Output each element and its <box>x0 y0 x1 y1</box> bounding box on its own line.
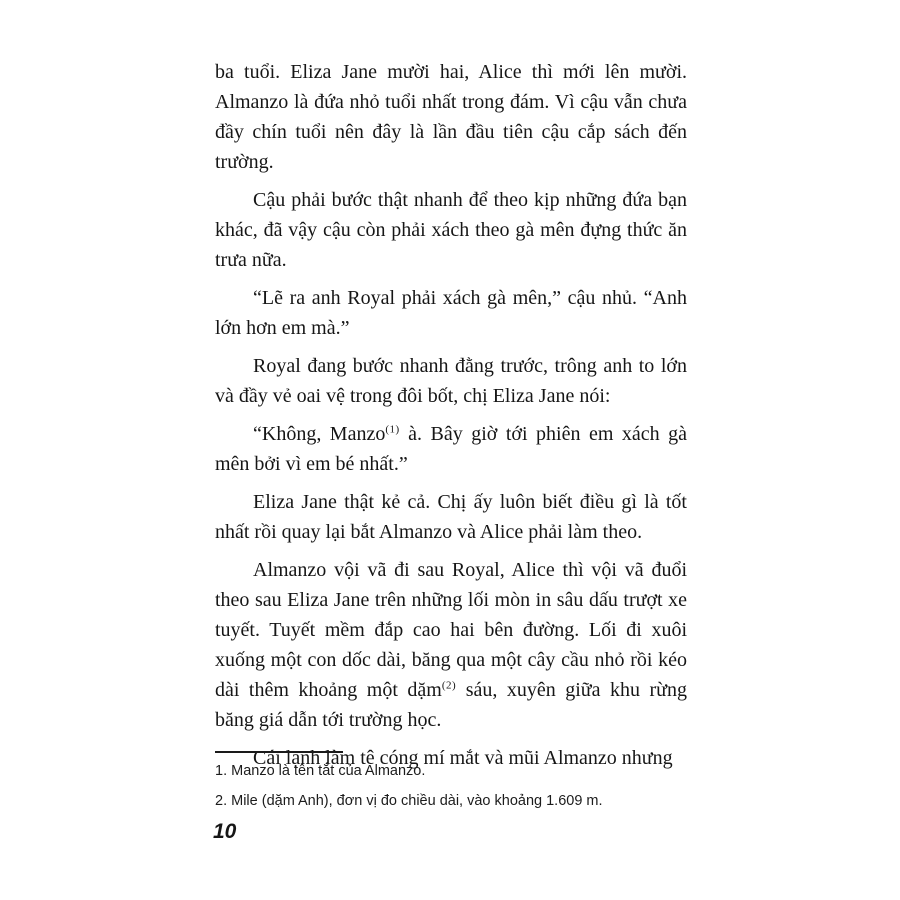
paragraph: ba tuổi. Eliza Jane mười hai, Alice thì … <box>215 57 687 177</box>
paragraph-text: ba tuổi. Eliza Jane mười hai, Alice thì … <box>215 61 687 173</box>
paragraph-text: “Lẽ ra anh Royal phải xách gà mên,” cậu … <box>215 287 687 339</box>
body-text: ba tuổi. Eliza Jane mười hai, Alice thì … <box>215 57 687 781</box>
footnote-2: 2. Mile (dặm Anh), đơn vị đo chiều dài, … <box>215 792 695 810</box>
footnote-marker: (1) <box>385 423 399 435</box>
paragraph: Eliza Jane thật kẻ cả. Chị ấy luôn biết … <box>215 487 687 547</box>
paragraph: “Không, Manzo(1) à. Bây giờ tới phiên em… <box>215 419 687 479</box>
paragraph-text: Royal đang bước nhanh đằng trước, trông … <box>215 355 687 407</box>
footnote-1: 1. Manzo là tên tắt của Almanzo. <box>215 762 695 780</box>
paragraph: Cậu phải bước thật nhanh để theo kịp nhữ… <box>215 185 687 275</box>
paragraph: “Lẽ ra anh Royal phải xách gà mên,” cậu … <box>215 283 687 343</box>
book-page: ba tuổi. Eliza Jane mười hai, Alice thì … <box>0 0 900 900</box>
paragraph-text: Cậu phải bước thật nhanh để theo kịp nhữ… <box>215 189 687 271</box>
paragraph-text: “Không, Manzo <box>253 423 385 445</box>
paragraph: Royal đang bước nhanh đằng trước, trông … <box>215 351 687 411</box>
footnote-divider <box>215 751 343 753</box>
footnote-marker: (2) <box>442 679 456 691</box>
paragraph: Almanzo vội vã đi sau Royal, Alice thì v… <box>215 555 687 735</box>
paragraph-text: Eliza Jane thật kẻ cả. Chị ấy luôn biết … <box>215 491 687 543</box>
page-number: 10 <box>213 820 236 844</box>
footnotes: 1. Manzo là tên tắt của Almanzo. 2. Mile… <box>215 751 695 822</box>
